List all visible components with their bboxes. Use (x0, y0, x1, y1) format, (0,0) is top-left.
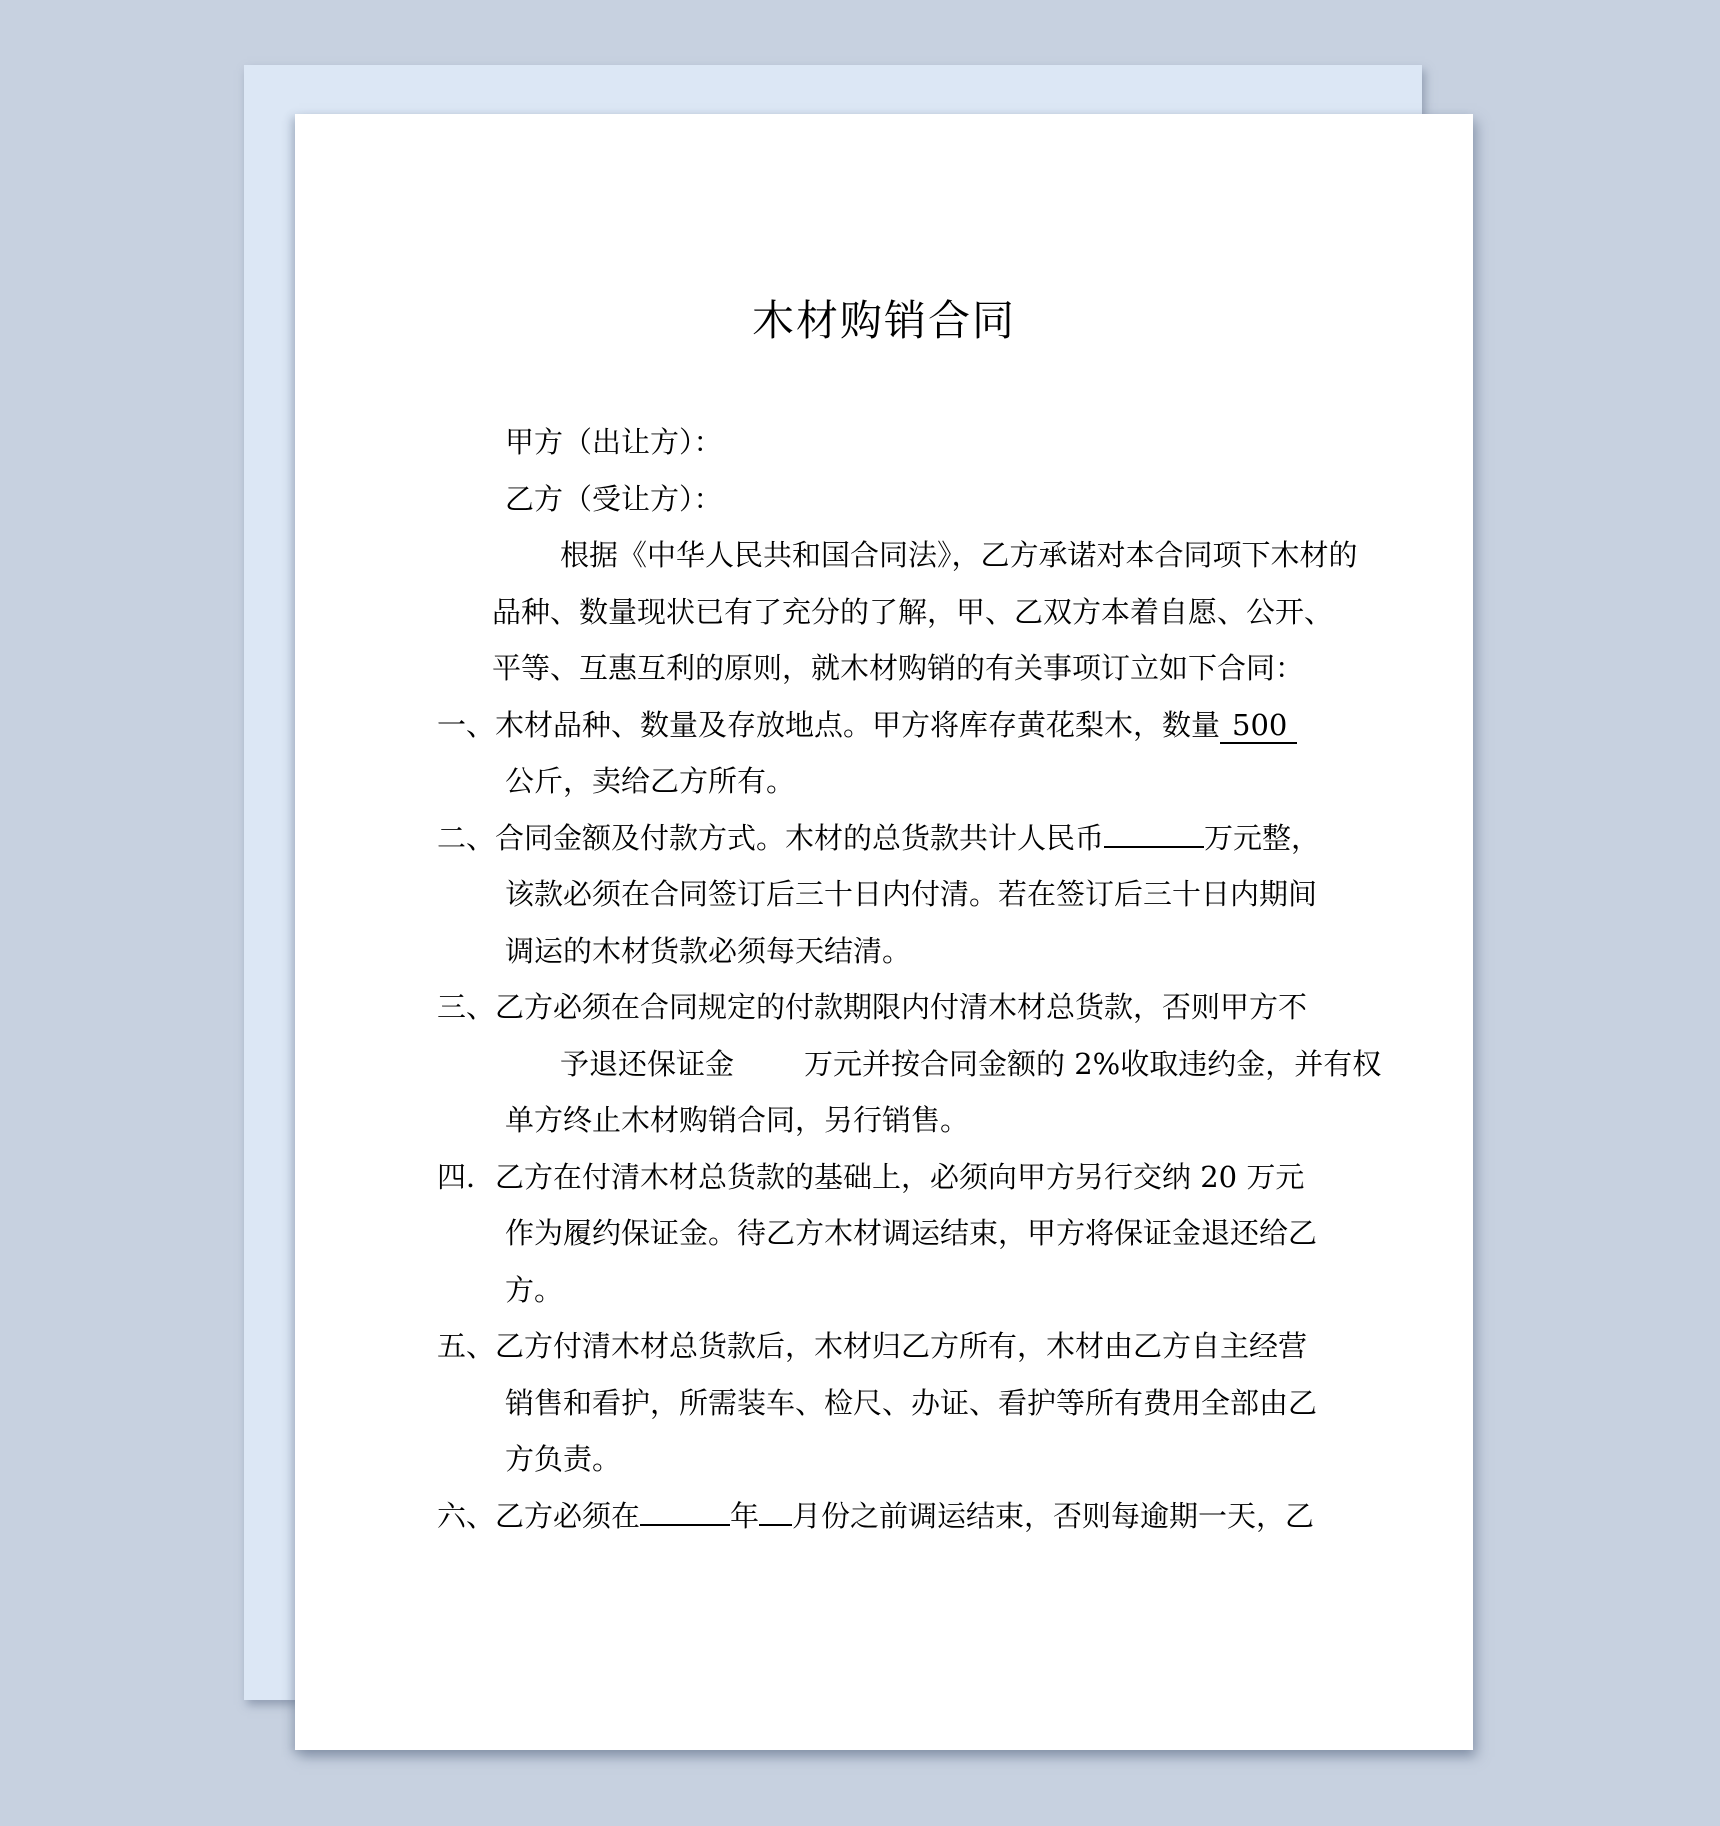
contract-line-4: 品种、数量现状已有了充分的了解，甲、乙双方本着自愿、公开、 (437, 584, 1287, 641)
contract-line-1: 甲方（出让方）： (437, 414, 1287, 471)
contract-body: 甲方（出让方）：乙方（受让方）：根据《中华人民共和国合同法》，乙方承诺对本合同项… (437, 414, 1287, 1544)
text-segment: 作为履约保证金。待乙方木材调运结束，甲方将保证金退还给乙 (505, 1216, 1317, 1250)
contract-line-2: 乙方（受让方）： (437, 471, 1287, 528)
contract-page: 木材购销合同 甲方（出让方）：乙方（受让方）：根据《中华人民共和国合同法》，乙方… (295, 114, 1473, 1750)
text-segment: 方负责。 (505, 1442, 621, 1476)
contract-line-10: 调运的木材货款必须每天结清。 (437, 923, 1287, 980)
text-segment: 甲方（出让方）： (505, 425, 723, 459)
text-segment: 三、乙方必须在合同规定的付款期限内付清木材总货款，否则甲方不 (437, 990, 1307, 1024)
contract-line-13: 单方终止木材购销合同，另行销售。 (437, 1092, 1287, 1149)
contract-line-9: 该款必须在合同签订后三十日内付清。若在签订后三十日内期间 (437, 866, 1287, 923)
contract-line-19: 方负责。 (437, 1431, 1287, 1488)
text-segment: 公斤，卖给乙方所有。 (505, 764, 795, 798)
contract-line-3: 根据《中华人民共和国合同法》，乙方承诺对本合同项下木材的 (437, 527, 1287, 584)
fill-in-blank-space (734, 1050, 804, 1073)
contract-line-11: 三、乙方必须在合同规定的付款期限内付清木材总货款，否则甲方不 (437, 979, 1287, 1036)
contract-line-15: 作为履约保证金。待乙方木材调运结束，甲方将保证金退还给乙 (437, 1205, 1287, 1262)
contract-line-12: 予退还保证金万元并按合同金额的 2%收取违约金，并有权 (437, 1036, 1287, 1093)
text-segment: 单方终止木材购销合同，另行销售。 (505, 1103, 969, 1137)
text-segment: 五、乙方付清木材总货款后，木材归乙方所有，木材由乙方自主经营 (437, 1329, 1307, 1363)
text-segment: 月份之前调运结束，否则每逾期一天，乙 (792, 1499, 1314, 1533)
fill-in-blank-underline (759, 1500, 792, 1525)
contract-line-8: 二、合同金额及付款方式。木材的总货款共计人民币万元整， (437, 810, 1287, 867)
text-segment: 乙方（受让方）： (505, 482, 723, 516)
contract-line-18: 销售和看护，所需装车、检尺、办证、看护等所有费用全部由乙 (437, 1375, 1287, 1432)
contract-line-6: 一、木材品种、数量及存放地点。甲方将库存黄花梨木，数量500 (437, 697, 1287, 754)
contract-line-16: 方。 (437, 1262, 1287, 1319)
text-segment: 万元并按合同金额的 2%收取违约金，并有权 (804, 1047, 1381, 1081)
contract-line-14: 四．乙方在付清木材总货款的基础上，必须向甲方另行交纳 20 万元 (437, 1149, 1287, 1206)
text-segment: 根据《中华人民共和国合同法》，乙方承诺对本合同项下木材的 (560, 538, 1358, 572)
contract-line-17: 五、乙方付清木材总货款后，木材归乙方所有，木材由乙方自主经营 (437, 1318, 1287, 1375)
underlined-value: 500 (1220, 708, 1297, 744)
text-segment: 二、合同金额及付款方式。木材的总货款共计人民币 (437, 821, 1104, 855)
text-segment: 该款必须在合同签订后三十日内付清。若在签订后三十日内期间 (505, 877, 1317, 911)
text-segment: 年 (730, 1499, 759, 1533)
text-segment: 一、木材品种、数量及存放地点。甲方将库存黄花梨木，数量 (437, 708, 1220, 742)
text-segment: 万元整， (1204, 821, 1320, 855)
desk-background: 木材购销合同 甲方（出让方）：乙方（受让方）：根据《中华人民共和国合同法》，乙方… (0, 0, 1720, 1826)
fill-in-blank-underline (640, 1500, 730, 1525)
text-segment: 四．乙方在付清木材总货款的基础上，必须向甲方另行交纳 20 万元 (437, 1160, 1304, 1194)
text-segment: 予退还保证金 (560, 1047, 734, 1081)
text-segment: 销售和看护，所需装车、检尺、办证、看护等所有费用全部由乙 (505, 1386, 1317, 1420)
fill-in-blank-underline (1104, 822, 1204, 847)
text-segment: 品种、数量现状已有了充分的了解，甲、乙双方本着自愿、公开、 (492, 595, 1333, 629)
contract-line-7: 公斤，卖给乙方所有。 (437, 753, 1287, 810)
text-segment: 六、乙方必须在 (437, 1499, 640, 1533)
contract-title: 木材购销合同 (295, 300, 1473, 342)
text-segment: 调运的木材货款必须每天结清。 (505, 934, 911, 968)
text-segment: 平等、互惠互利的原则，就木材购销的有关事项订立如下合同： (492, 651, 1304, 685)
contract-line-5: 平等、互惠互利的原则，就木材购销的有关事项订立如下合同： (437, 640, 1287, 697)
text-segment: 方。 (505, 1273, 563, 1307)
contract-line-20: 六、乙方必须在年月份之前调运结束，否则每逾期一天，乙 (437, 1488, 1287, 1545)
